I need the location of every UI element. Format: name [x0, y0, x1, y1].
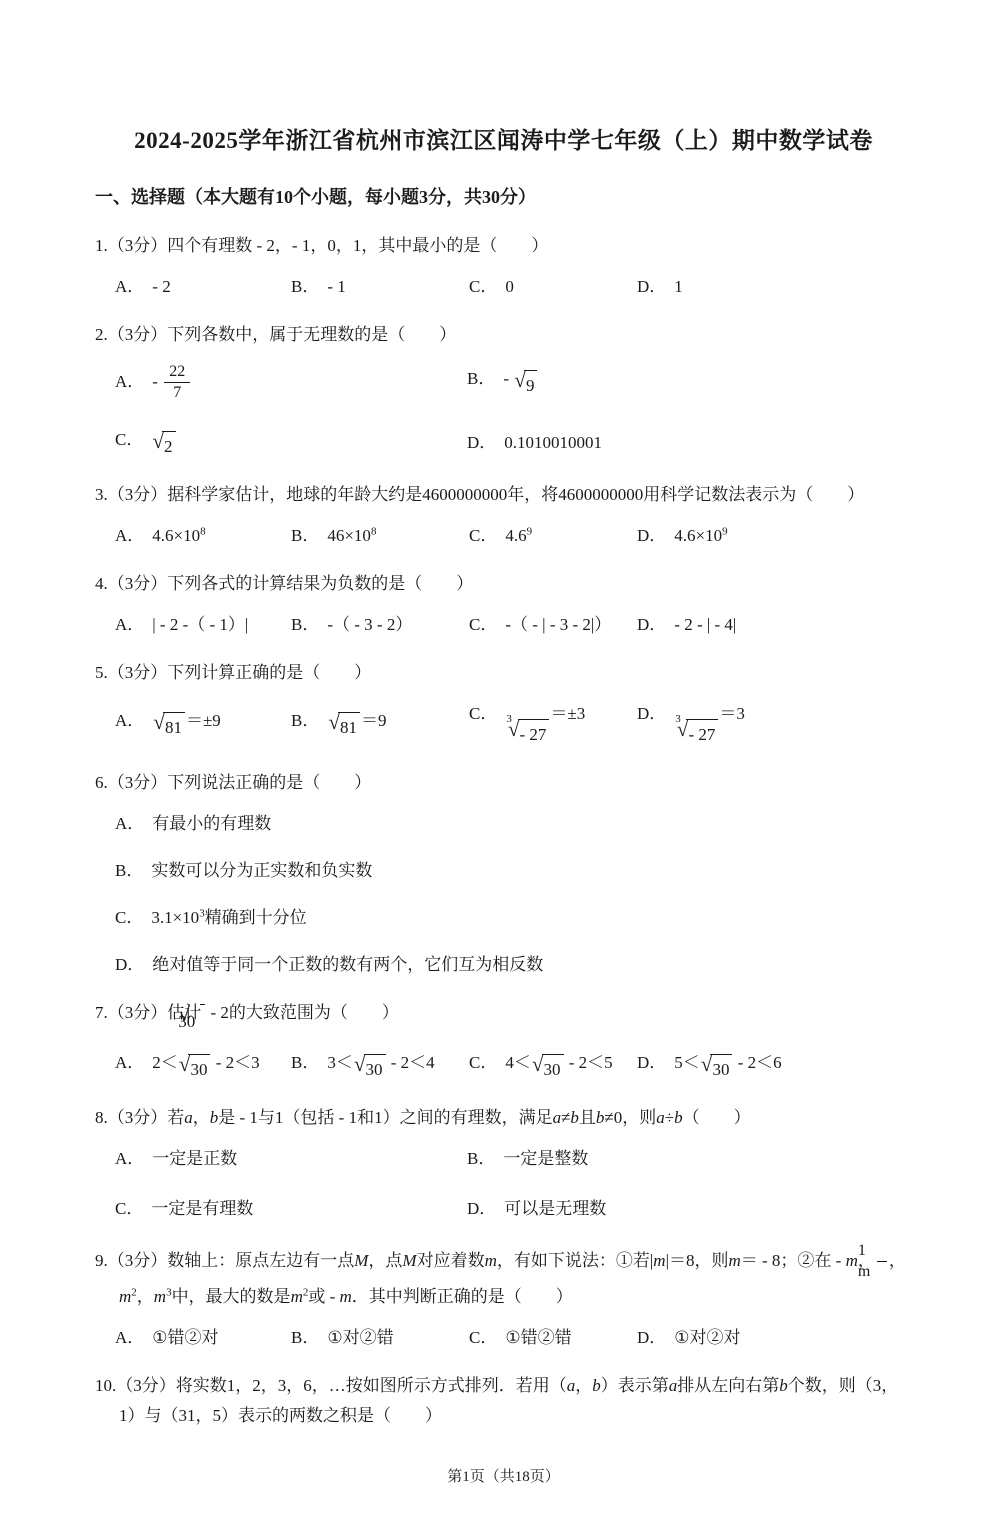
option: B．- √9	[467, 366, 912, 399]
question-stem: 10.（3分）将实数1，2，3，6，…按如图所示方式排列．若用（a，b）表示第a…	[95, 1371, 912, 1431]
text-run: 是 - 1与1（包括 - 1和1）之间的有理数，满足	[218, 1108, 552, 1127]
section-heading: 一、选择题（本大题有10个小题，每小题3分，共30分）	[95, 183, 912, 209]
math-variable: b	[674, 1108, 683, 1127]
option: B．√81＝9	[291, 708, 469, 741]
text-run: - 2＜4	[387, 1053, 435, 1072]
option-label: D．	[115, 955, 144, 974]
text-run: 3.（3分）据科学家估计，地球的年龄大约是4600000000年，将460000…	[95, 485, 864, 504]
square-root: √30	[354, 1054, 386, 1083]
option-content: | - 2 -（ - 1）|	[152, 615, 248, 634]
text-run: 4＜	[505, 1053, 531, 1072]
math-variable: b	[570, 1108, 579, 1127]
cube-root: 3√- 27	[675, 719, 718, 748]
option-label: A．	[115, 1053, 144, 1072]
option-label: D．	[637, 277, 666, 296]
option-label: A．	[115, 711, 144, 730]
text-run: 绝对值等于同一个正数的数有两个，它们互为相反数	[152, 955, 543, 974]
option-label: A．	[115, 814, 144, 833]
superscript: 9	[722, 525, 728, 537]
option: A．- 2	[115, 274, 291, 300]
option-content: ①对②错	[327, 1328, 393, 1347]
text-run: 可以是无理数	[504, 1199, 606, 1218]
option: D．0.1010010001	[467, 430, 912, 456]
radicand: 81	[338, 712, 360, 741]
radicand: 81	[163, 712, 185, 741]
option: B．①对②错	[291, 1325, 469, 1351]
text-run: -（ - 3 - 2）	[327, 615, 412, 634]
option-label: C．	[115, 908, 143, 927]
option: B．3＜√30 - 2＜4	[291, 1050, 469, 1083]
option-label: A．	[115, 526, 144, 545]
option-label: C．	[115, 1199, 143, 1218]
options-group: A．- 227B．- √9C．√2D．0.1010010001	[95, 363, 912, 460]
text-run: ①错②错	[505, 1328, 571, 1347]
text-run: -（ - | - 3 - 2|）	[505, 615, 611, 634]
text-run: - 2＜6	[733, 1053, 781, 1072]
question-stem: 2.（3分）下列各数中，属于无理数的是（ ）	[95, 320, 912, 350]
option-content: - 2	[152, 277, 170, 296]
cube-root: 3√- 27	[506, 719, 549, 748]
option-label: C．	[469, 1053, 497, 1072]
text-run: ＝ - 8；②在 -	[741, 1251, 846, 1270]
math-variable: b	[210, 1108, 219, 1127]
superscript: 9	[527, 525, 533, 537]
options-group: A．2＜√30 - 2＜3B．3＜√30 - 2＜4C．4＜√30 - 2＜5D…	[95, 1050, 912, 1083]
option: C．√2	[115, 427, 467, 460]
text-run: 6.（3分）下列说法正确的是（ ）	[95, 773, 371, 792]
text-run: 4.6	[505, 526, 526, 545]
option-label: A．	[115, 615, 144, 634]
text-run: 0.1010010001	[504, 433, 602, 452]
option-content: 绝对值等于同一个正数的数有两个，它们互为相反数	[152, 955, 543, 974]
option-label: B．	[291, 277, 319, 296]
option: B．一定是整数	[467, 1146, 912, 1172]
option: A．有最小的有理数	[115, 811, 912, 837]
option: A．2＜√30 - 2＜3	[115, 1050, 291, 1083]
text-run: 且	[579, 1108, 596, 1127]
radicand: 30	[200, 1004, 205, 1037]
option-content: -（ - 3 - 2）	[327, 615, 412, 634]
options-group: A．- 2B．- 1C．0D．1	[95, 274, 912, 300]
text-run: 9.（3分）数轴上：原点左边有一点	[95, 1251, 354, 1270]
radicand: 30	[188, 1054, 210, 1083]
option-content: 46×108	[327, 526, 376, 545]
text-run: ）表示第	[601, 1376, 669, 1395]
text-run: -	[152, 372, 162, 391]
option-label: D．	[637, 1328, 666, 1347]
option-label: A．	[115, 1149, 144, 1168]
option-label: C．	[115, 430, 143, 449]
option: C．4.69	[469, 523, 637, 549]
square-root: √30	[202, 1004, 205, 1037]
option-content: ①错②错	[505, 1328, 571, 1347]
option-content: 5＜√30 - 2＜6	[674, 1053, 781, 1072]
math-variable: m	[154, 1287, 166, 1306]
math-variable: m	[846, 1251, 858, 1270]
text-run: 10.（3分）将实数1，2，3，6，…按如图所示方式排列．若用（	[95, 1376, 567, 1395]
option-content: - 2 - | - 4|	[674, 615, 736, 634]
option-content: 可以是无理数	[504, 1199, 606, 1218]
text-run: 中，最大的数是	[172, 1287, 291, 1306]
text-run: ①错②对	[152, 1328, 218, 1347]
text-run: ．其中判断正确的是（ ）	[352, 1287, 573, 1306]
option-label: D．	[637, 1053, 666, 1072]
text-run: ÷	[665, 1108, 674, 1127]
option: A．√81＝±9	[115, 708, 291, 741]
option-content: -（ - | - 3 - 2|）	[505, 615, 611, 634]
option-label: C．	[469, 704, 497, 723]
option: D．①对②对	[637, 1325, 912, 1351]
option: D．5＜√30 - 2＜6	[637, 1050, 912, 1083]
question: 5.（3分）下列计算正确的是（ ）A．√81＝±9B．√81＝9C．3√- 27…	[95, 658, 912, 748]
text-run: -	[503, 369, 513, 388]
text-run: 4.6×10	[152, 526, 200, 545]
exam-page: 2024-2025学年浙江省杭州市滨江区闻涛中学七年级（上）期中数学试卷 一、选…	[0, 0, 1000, 1516]
radicand: 30	[364, 1054, 386, 1083]
text-run: 一定是正数	[152, 1149, 237, 1168]
text-run: （ ）	[683, 1108, 751, 1127]
option: B．-（ - 3 - 2）	[291, 612, 469, 638]
text-run: - 1	[327, 277, 345, 296]
math-variable: m	[291, 1287, 303, 1306]
superscript: 8	[200, 525, 206, 537]
option: C．4＜√30 - 2＜5	[469, 1050, 637, 1083]
option-label: D．	[637, 615, 666, 634]
text-run: 46×10	[327, 526, 371, 545]
option-label: C．	[469, 1328, 497, 1347]
text-run: | - 2 -（ - 1）|	[152, 615, 248, 634]
text-run: 4.（3分）下列各式的计算结果为负数的是（ ）	[95, 574, 473, 593]
text-run: ，	[889, 1251, 906, 1270]
text-run: 精确到十分位	[205, 908, 307, 927]
text-run: ，	[193, 1108, 210, 1127]
option-content: 4.6×109	[674, 526, 727, 545]
math-variable: m	[340, 1287, 352, 1306]
option-content: 0	[505, 277, 514, 296]
math-variable: m	[485, 1251, 497, 1270]
option-label: C．	[469, 277, 497, 296]
radicand: 2	[162, 431, 176, 460]
option-label: A．	[115, 372, 144, 391]
option-content: √2	[151, 430, 176, 449]
option-content: - 1	[327, 277, 345, 296]
square-root: √81	[328, 712, 360, 741]
option-content: 3.1×103精确到十分位	[151, 908, 306, 927]
question: 1.（3分）四个有理数 - 2，- 1，0，1，其中最小的是（ ）A．- 2B．…	[95, 231, 912, 300]
option: B．实数可以分为正实数和负实数	[115, 858, 912, 884]
question: 9.（3分）数轴上：原点左边有一点M，点M对应着数m，有如下说法：①若|m|＝8…	[95, 1242, 912, 1351]
option: C．0	[469, 274, 637, 300]
option-content: √81＝9	[327, 711, 386, 730]
square-root: √30	[701, 1054, 733, 1083]
option-content: 1	[674, 277, 683, 296]
option-content: 一定是正数	[152, 1149, 237, 1168]
text-run: 3.1×10	[151, 908, 199, 927]
option: A．| - 2 -（ - 1）|	[115, 612, 291, 638]
option-label: C．	[469, 615, 497, 634]
text-run: 1.（3分）四个有理数 - 2，- 1，0，1，其中最小的是（ ）	[95, 236, 548, 255]
option-label: D．	[637, 704, 666, 723]
option-label: B．	[467, 1149, 495, 1168]
option-label: A．	[115, 277, 144, 296]
option-content: 一定是有理数	[151, 1199, 253, 1218]
text-run: - 2＜3	[211, 1053, 259, 1072]
math-variable: m	[119, 1287, 131, 1306]
text-run: ，有如下说法：①若|	[497, 1251, 653, 1270]
option: A．一定是正数	[115, 1146, 467, 1172]
text-run: ＝±9	[186, 711, 221, 730]
option: A．①错②对	[115, 1325, 291, 1351]
text-run: ①对②对	[674, 1328, 740, 1347]
option: D．1	[637, 274, 912, 300]
question: 7.（3分）估计√30 - 2的大致范围为（ ）A．2＜√30 - 2＜3B．3…	[95, 998, 912, 1083]
text-run: ①对②错	[327, 1328, 393, 1347]
text-run: 5.（3分）下列计算正确的是（ ）	[95, 663, 371, 682]
page-number: 第1页（共18页）	[95, 1465, 912, 1486]
math-variable: M	[354, 1251, 368, 1270]
option-label: B．	[467, 369, 495, 388]
option-content: √81＝±9	[152, 711, 221, 730]
option-content: 3√- 27＝±3	[505, 704, 585, 723]
question: 8.（3分）若a，b是 - 1与1（包括 - 1和1）之间的有理数，满足a≠b且…	[95, 1103, 912, 1222]
fraction: 1m	[877, 1242, 887, 1282]
question-stem: 4.（3分）下列各式的计算结果为负数的是（ ）	[95, 569, 912, 599]
option: C．3.1×103精确到十分位	[115, 905, 912, 931]
radicand: 30	[542, 1054, 564, 1083]
option-content: 3√- 27＝3	[674, 704, 745, 723]
option-content: 有最小的有理数	[152, 814, 271, 833]
option-label: D．	[467, 433, 496, 452]
text-run: ＝3	[719, 704, 745, 723]
fraction: 227	[164, 363, 190, 403]
option: D．3√- 27＝3	[637, 701, 912, 748]
question-stem: 7.（3分）估计√30 - 2的大致范围为（ ）	[95, 998, 912, 1037]
text-run: |＝8，则	[666, 1251, 729, 1270]
option-content: - √9	[503, 369, 538, 388]
square-root: √30	[179, 1054, 211, 1083]
text-run: 2.（3分）下列各数中，属于无理数的是（ ）	[95, 325, 456, 344]
question: 3.（3分）据科学家估计，地球的年龄大约是4600000000年，将460000…	[95, 480, 912, 549]
option: C．①错②错	[469, 1325, 637, 1351]
option: B．- 1	[291, 274, 469, 300]
question-stem: 3.（3分）据科学家估计，地球的年龄大约是4600000000年，将460000…	[95, 480, 912, 510]
option: D．4.6×109	[637, 523, 912, 549]
text-run: - 2 - | - 4|	[674, 615, 736, 634]
radicand: - 27	[686, 719, 718, 748]
text-run: 0	[505, 277, 514, 296]
options-group: A．| - 2 -（ - 1）|B．-（ - 3 - 2）C．-（ - | - …	[95, 612, 912, 638]
text-run: - 2	[152, 277, 170, 296]
superscript: 8	[371, 525, 377, 537]
math-variable: a	[184, 1108, 193, 1127]
square-root: √30	[532, 1054, 564, 1083]
question: 10.（3分）将实数1，2，3，6，…按如图所示方式排列．若用（a，b）表示第a…	[95, 1371, 912, 1431]
math-variable: M	[402, 1251, 416, 1270]
text-run: ＝9	[361, 711, 387, 730]
math-variable: a	[553, 1108, 562, 1127]
option-label: B．	[115, 861, 143, 880]
option: A．4.6×108	[115, 523, 291, 549]
option-content: 0.1010010001	[504, 433, 602, 452]
question: 4.（3分）下列各式的计算结果为负数的是（ ）A．| - 2 -（ - 1）|B…	[95, 569, 912, 638]
option-content: 4.6×108	[152, 526, 205, 545]
radicand: 9	[524, 370, 538, 399]
question-list: 1.（3分）四个有理数 - 2，- 1，0，1，其中最小的是（ ）A．- 2B．…	[95, 231, 912, 1431]
square-root: √81	[153, 712, 185, 741]
option-label: A．	[115, 1328, 144, 1347]
fraction-numerator: 22	[164, 363, 190, 383]
question-stem: 5.（3分）下列计算正确的是（ ）	[95, 658, 912, 688]
option: D．绝对值等于同一个正数的数有两个，它们互为相反数	[115, 952, 912, 978]
fraction-denominator: 7	[173, 383, 181, 402]
question: 2.（3分）下列各数中，属于无理数的是（ ）A．- 227B．- √9C．√2D…	[95, 320, 912, 460]
text-run: ，点	[368, 1251, 402, 1270]
math-variable: a	[567, 1376, 576, 1395]
option-label: D．	[637, 526, 666, 545]
option: A．- 227	[115, 363, 467, 403]
option-label: C．	[469, 526, 497, 545]
square-root: √2	[152, 431, 175, 460]
text-run: 对应着数	[417, 1251, 485, 1270]
text-run: 或 -	[308, 1287, 339, 1306]
text-run: 2＜	[152, 1053, 178, 1072]
question-stem: 1.（3分）四个有理数 - 2，- 1，0，1，其中最小的是（ ）	[95, 231, 912, 261]
option-label: B．	[291, 615, 319, 634]
math-variable: a	[669, 1376, 678, 1395]
radicand: 30	[710, 1054, 732, 1083]
option-content: 一定是整数	[503, 1149, 588, 1168]
text-run: 排从左向右第	[677, 1376, 779, 1395]
math-variable: a	[656, 1108, 665, 1127]
text-run: 实数可以分为正实数和负实数	[151, 861, 372, 880]
math-variable: b	[592, 1376, 601, 1395]
options-group: A．①错②对B．①对②错C．①错②错D．①对②对	[95, 1325, 912, 1351]
option-content: 实数可以分为正实数和负实数	[151, 861, 372, 880]
option-content: - 227	[152, 372, 192, 391]
question-stem: 6.（3分）下列说法正确的是（ ）	[95, 768, 912, 798]
option-label: B．	[291, 1328, 319, 1347]
square-root: √9	[514, 370, 537, 399]
option: C．一定是有理数	[115, 1196, 467, 1222]
options-group: A．√81＝±9B．√81＝9C．3√- 27＝±3D．3√- 27＝3	[95, 701, 912, 748]
option: B．46×108	[291, 523, 469, 549]
option-label: B．	[291, 1053, 319, 1072]
text-run: 一定是有理数	[151, 1199, 253, 1218]
option-content: 4.69	[505, 526, 532, 545]
options-group: A．有最小的有理数B．实数可以分为正实数和负实数C．3.1×103精确到十分位D…	[95, 811, 912, 978]
text-run: ＝±3	[550, 704, 585, 723]
option-content: ①错②对	[152, 1328, 218, 1347]
option: D．- 2 - | - 4|	[637, 612, 912, 638]
text-run: - 2＜5	[565, 1053, 613, 1072]
question-stem: 9.（3分）数轴上：原点左边有一点M，点M对应着数m，有如下说法：①若|m|＝8…	[95, 1242, 912, 1312]
text-run: 5＜	[674, 1053, 700, 1072]
option-label: B．	[291, 526, 319, 545]
options-group: A．一定是正数B．一定是整数C．一定是有理数D．可以是无理数	[95, 1146, 912, 1222]
option-label: B．	[291, 711, 319, 730]
question: 6.（3分）下列说法正确的是（ ）A．有最小的有理数B．实数可以分为正实数和负实…	[95, 768, 912, 978]
text-run: ，	[575, 1376, 592, 1395]
option: C．-（ - | - 3 - 2|）	[469, 612, 637, 638]
radicand: - 27	[518, 719, 550, 748]
math-variable: b	[779, 1376, 788, 1395]
text-run: 4.6×10	[674, 526, 722, 545]
text-run: - 2的大致范围为（ ）	[206, 1003, 399, 1022]
fraction-numerator: 1	[877, 1242, 887, 1262]
option: D．可以是无理数	[467, 1196, 912, 1222]
option-content: 4＜√30 - 2＜5	[505, 1053, 612, 1072]
option-content: 3＜√30 - 2＜4	[327, 1053, 434, 1072]
question-stem: 8.（3分）若a，b是 - 1与1（包括 - 1和1）之间的有理数，满足a≠b且…	[95, 1103, 912, 1133]
page-title: 2024-2025学年浙江省杭州市滨江区闻涛中学七年级（上）期中数学试卷	[95, 122, 912, 155]
text-run: 8.（3分）若	[95, 1108, 184, 1127]
text-run: 一定是整数	[503, 1149, 588, 1168]
option-label: D．	[467, 1199, 496, 1218]
option-content: 2＜√30 - 2＜3	[152, 1053, 259, 1072]
text-run: ≠0，则	[604, 1108, 656, 1127]
option: C．3√- 27＝±3	[469, 701, 637, 748]
math-variable: m	[653, 1251, 665, 1270]
text-run: 3＜	[327, 1053, 353, 1072]
text-run: 1	[674, 277, 683, 296]
text-run: ，	[137, 1287, 154, 1306]
options-group: A．4.6×108B．46×108C．4.69D．4.6×109	[95, 523, 912, 549]
option-content: ①对②对	[674, 1328, 740, 1347]
text-run: 有最小的有理数	[152, 814, 271, 833]
math-variable: m	[728, 1251, 740, 1270]
